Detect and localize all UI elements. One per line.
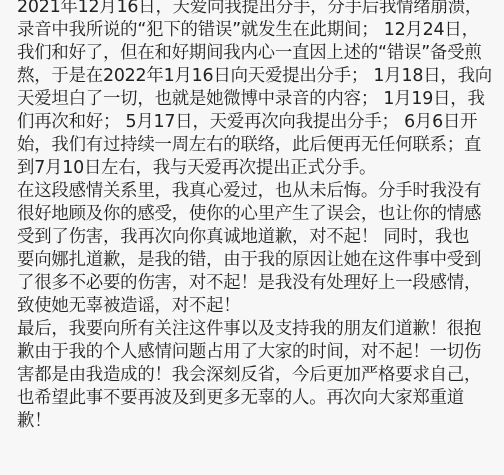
text-line: 了很多不必要的伤害，对不起！是我没有处理好上一段感情， bbox=[17, 272, 501, 295]
document-text: 2021年12月16日，天爱向我提出分手，分手后我情绪崩溃， 录音中我所说的“犯… bbox=[17, 0, 501, 433]
text-line: 在这段感情关系里，我真心爱过，也从未后悔。分手时我没有 bbox=[17, 180, 501, 203]
text-line: 我们和好了，但在和好期间我内心一直因上述的“错误”备受煎 bbox=[17, 42, 501, 65]
text-line: 也希望此事不要再波及到更多无辜的人。再次向大家郑重道 bbox=[17, 387, 501, 410]
text-line: 最后，我要向所有关注这件事以及支持我的朋友们道歉！很抱 bbox=[17, 318, 501, 341]
text-line: 歉！ bbox=[17, 410, 501, 433]
text-line: 害都是由我造成的！我会深刻反省，今后更加严格要求自己， bbox=[17, 364, 501, 387]
text-line: 受到了伤害，我再次向你真诚地道歉，对不起！ 同时，我也 bbox=[17, 226, 501, 249]
text-line: 很好地顾及你的感受，使你的心里产生了误会，也让你的情感 bbox=[17, 203, 501, 226]
text-line: 要向娜扎道歉，是我的错，由于我的原因让她在这件事中受到 bbox=[17, 249, 501, 272]
text-line: 到7月10日左右，我与天爱再次提出正式分手。 bbox=[17, 157, 501, 180]
text-line: 致使她无辜被造谣，对不起！ bbox=[17, 295, 501, 318]
text-line: 录音中我所说的“犯下的错误”就发生在此期间； 12月24日， bbox=[17, 19, 501, 42]
text-line: 2021年12月16日，天爱向我提出分手，分手后我情绪崩溃， bbox=[17, 0, 501, 19]
text-line: 始，我们有过持续一周左右的联络，此后便再无任何联系；直 bbox=[17, 134, 501, 157]
text-line: 熬，于是在2022年1月16日向天爱提出分手； 1月18日，我向 bbox=[17, 65, 501, 88]
text-line: 天爱坦白了一切，也就是她微博中录音的内容； 1月19日，我 bbox=[17, 88, 501, 111]
text-line: 们再次和好； 5月17日，天爱再次向我提出分手； 6月6日开 bbox=[17, 111, 501, 134]
text-line: 歉由于我的个人感情问题占用了大家的时间，对不起！一切伤 bbox=[17, 341, 501, 364]
